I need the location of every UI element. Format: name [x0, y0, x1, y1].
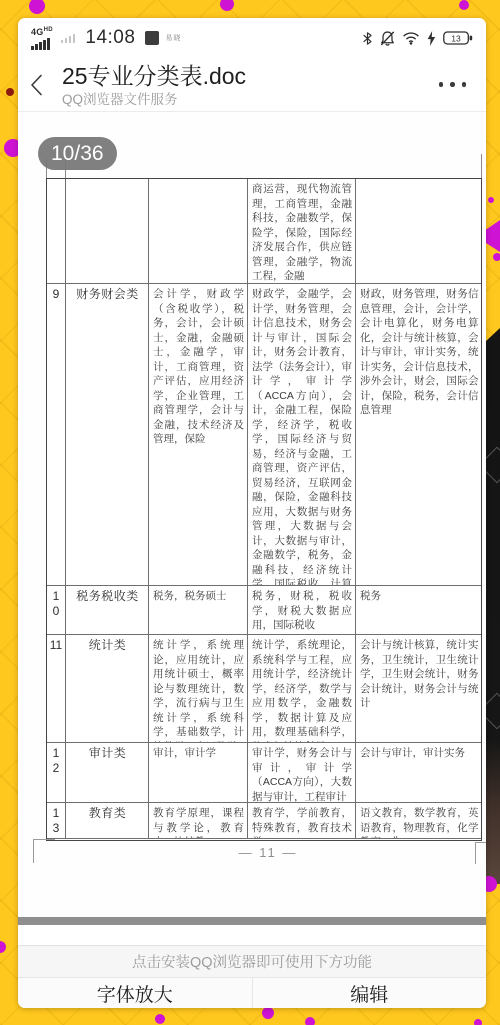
more-options-button[interactable] [437, 72, 469, 97]
table-cell: 财政学，金融学，会计学，财务管理，会计信息技术，财务会计与审计，国际会计，财务会… [248, 284, 356, 586]
wallpaper-dark-band [485, 328, 500, 884]
table-cell: 语文教育，数学教育，英语教育，物理教育，化学教育，生 [356, 803, 482, 839]
dot-icon [450, 82, 455, 87]
table-cell: 教育学，学前教育，特殊教育，教育技术学， [248, 803, 356, 839]
battery-icon: 13 [443, 30, 473, 46]
back-chevron-icon [30, 74, 43, 96]
dot-icon [462, 82, 467, 87]
page-number-footer: — 11 — [18, 845, 486, 860]
table-cell-row-number: 1 2 [47, 743, 66, 803]
table-cell-category: 审计类 [66, 743, 149, 803]
table-cell: 财政，财务管理，财务信息管理，会计，会计学，会计电算化，财务电算化，会计与统计核… [356, 284, 482, 586]
bottom-action-bar: 字体放大 编辑 [18, 977, 486, 1008]
table-cell [66, 179, 149, 284]
table-cell-category: 财务财会类 [66, 284, 149, 586]
qq-file-viewer-window: 4GHD 14:08 易晓 [18, 18, 486, 1008]
table-cell: 审计，审计学 [149, 743, 248, 803]
table-cell: 统计学，系统理论，应用统计，应用统计硕士，概率论与数理统计，数学，流行病与卫生统… [149, 635, 248, 743]
wallpaper-dot [305, 1017, 315, 1025]
table-cell: 税务，税务硕士 [149, 586, 248, 635]
mute-bell-icon [380, 31, 395, 46]
back-button[interactable] [30, 65, 60, 105]
cell-signal-icon: 4GHD [31, 27, 53, 50]
table-cell-category: 税务税收类 [66, 586, 149, 635]
table-cell: 教育学原理，课程与教学论，教育史，比较教 [149, 803, 248, 839]
wallpaper-dot [155, 1014, 165, 1024]
font-zoom-button[interactable]: 字体放大 [18, 978, 252, 1008]
table-cell-category: 教育类 [66, 803, 149, 839]
wallpaper-magenta-wedge [486, 220, 500, 252]
table-cell-category: 统计类 [66, 635, 149, 743]
wallpaper-dot [488, 197, 494, 203]
svg-text:13: 13 [451, 34, 461, 44]
table-cell-row-number: 9 [47, 284, 66, 586]
status-time: 14:08 [85, 27, 135, 49]
install-qq-browser-banner[interactable]: 点击安装QQ浏览器即可使用下方功能 [18, 945, 486, 977]
wallpaper-dot [29, 0, 45, 14]
status-mini-label: 易晓 [165, 33, 181, 43]
status-app-square-icon [145, 31, 159, 45]
table-cell [47, 179, 66, 284]
wallpaper-dot [459, 0, 469, 10]
page-indicator-badge: 10/36 [38, 137, 117, 170]
wallpaper-dot [262, 1007, 274, 1019]
charging-bolt-icon [427, 31, 436, 46]
service-subtitle: QQ浏览器文件服务 [62, 91, 437, 108]
cell-signal2-icon [61, 33, 76, 43]
table-cell-row-number: 1 0 [47, 586, 66, 635]
table-cell-row-number: 1 3 [47, 803, 66, 839]
table-cell: 会计与统计核算，统计实务，卫生统计，卫生统计学，卫生财会统计，财务会计统计，财务… [356, 635, 482, 743]
table-cell: 统计学，系统理论，系统科学与工程，应用统计学，经济统计学，经济学，数学与应用数学… [248, 635, 356, 743]
table-cell [356, 179, 482, 284]
table-line-stub [481, 154, 482, 178]
table-cell: 会计与审计，审计实务 [356, 743, 482, 803]
dot-icon [439, 82, 444, 87]
table-cell: 税务 [356, 586, 482, 635]
table-cell: 会计学，财政学（含税收学），税务，会计，会计硕士，金融，金融硕士，金融学，审计，… [149, 284, 248, 586]
status-bar: 4GHD 14:08 易晓 [18, 18, 486, 58]
edit-button[interactable]: 编辑 [252, 978, 487, 1008]
table-cell: 商运营，现代物流管理，工商管理，金融科技，金融数学，保险学，保险，国际经济发展合… [248, 179, 356, 284]
wifi-icon [402, 31, 420, 45]
wallpaper-dot [474, 1019, 482, 1025]
table-cell: 审计学，财务会计与审计，审计学（ACCA方向），大数据与审计，工程审计 [248, 743, 356, 803]
wallpaper-dot [220, 0, 234, 11]
wallpaper-dot [6, 88, 14, 96]
wallpaper-dot [493, 253, 500, 261]
table-cell [149, 179, 248, 284]
wallpaper-background: 4GHD 14:08 易晓 [0, 0, 500, 1025]
horizontal-scrollbar[interactable] [18, 917, 486, 925]
document-title: 25专业分类表.doc [62, 62, 437, 90]
bluetooth-icon [362, 31, 373, 46]
wallpaper-dot [0, 941, 6, 953]
table-cell: 税务，财税，税收学，财税大数据应用，国际税收 [248, 586, 356, 635]
table-cell-row-number: 11 [47, 635, 66, 743]
document-page-view[interactable]: 10/36 商运营，现代物流管理，工商管理，金融科技，金融数学，保险学，保险，国… [18, 112, 486, 917]
viewer-header: 25专业分类表.doc QQ浏览器文件服务 [18, 58, 486, 112]
classification-table: 商运营，现代物流管理，工商管理，金融科技，金融数学，保险学，保险，国际经济发展合… [46, 178, 482, 841]
